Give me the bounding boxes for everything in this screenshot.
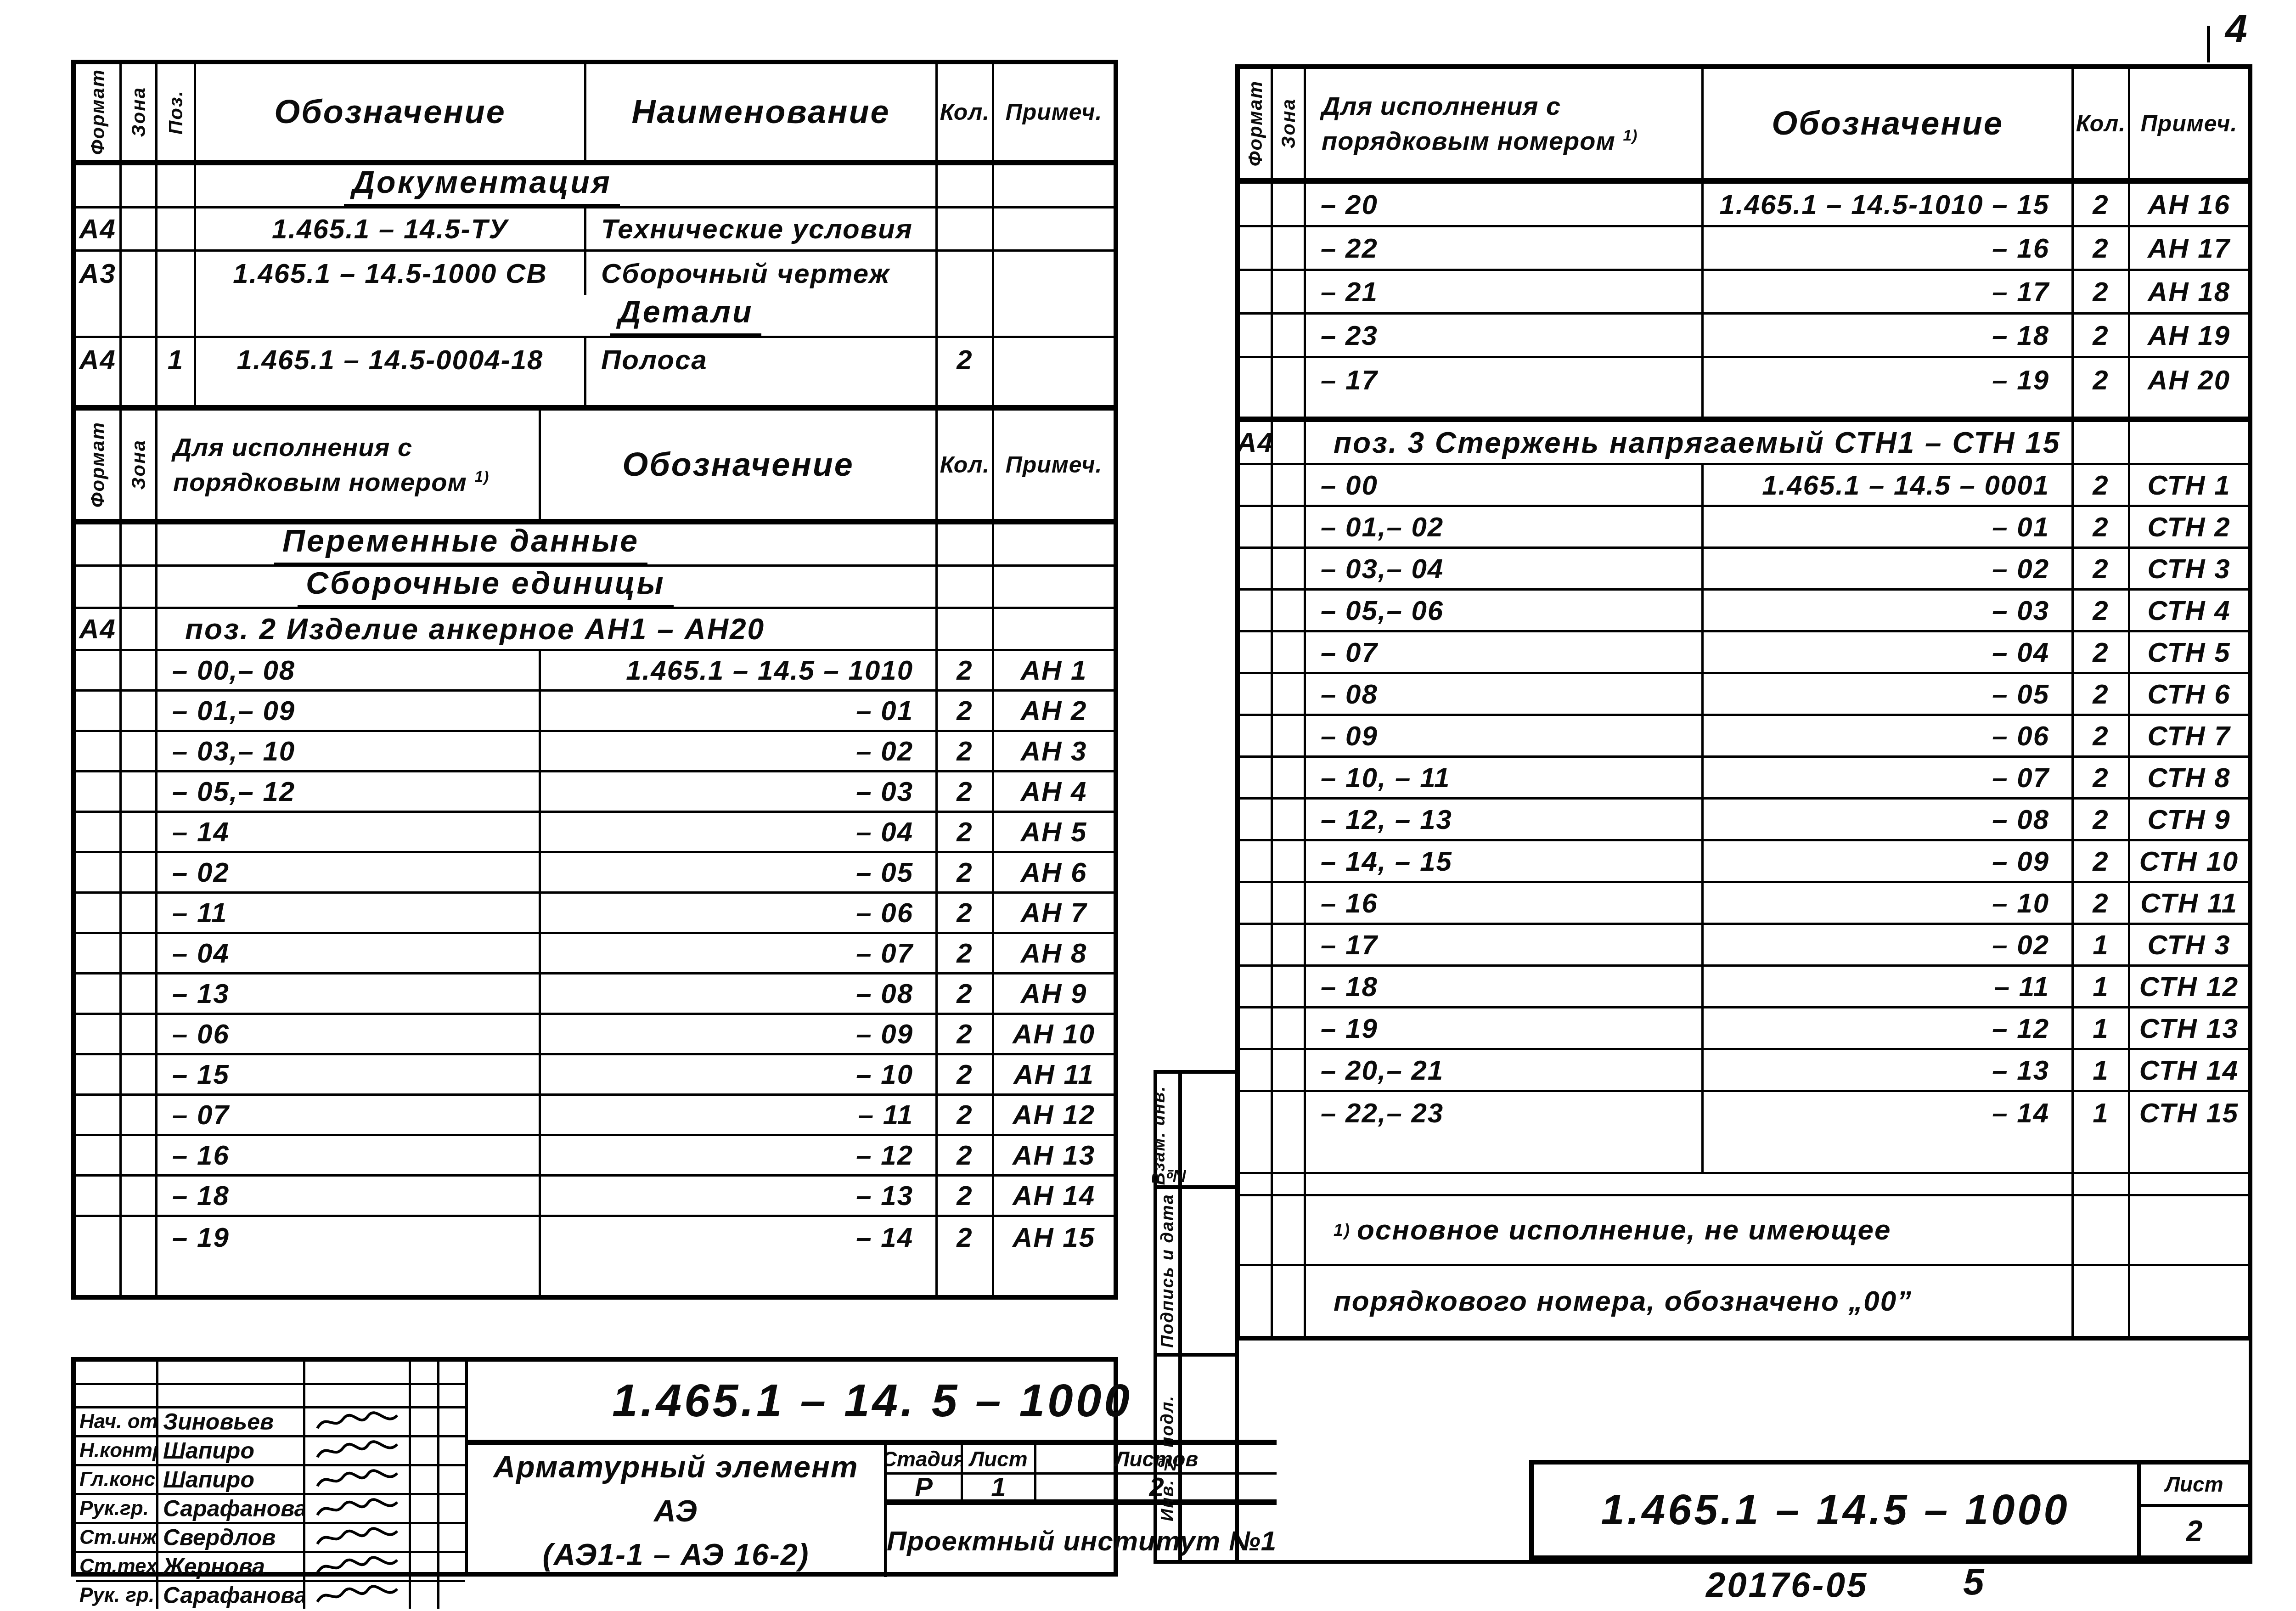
spec-row: – 03,– 04 – 02 2 СТН 3 (1240, 549, 2248, 591)
cell-oboznachenie: – 05 (1704, 674, 2074, 714)
cell-oboznachenie: – 04 (541, 813, 938, 851)
cell-oboznachenie: – 10 (1704, 883, 2074, 923)
spec-row: – 01,– 09 – 01 2 АН 2 (76, 692, 1114, 732)
empty-row (1240, 402, 2248, 422)
cell-variants: – 03,– 10 (158, 732, 541, 770)
cell-oboznachenie: 1.465.1 – 14.5-0004-18 (196, 338, 586, 381)
cell-variants: – 20,– 21 (1306, 1050, 1704, 1090)
cell-note: АН 11 (994, 1055, 1114, 1093)
cell-oboznachenie: 1.465.1 – 14.5-ТУ (196, 208, 586, 249)
cell-oboznachenie: – 12 (1704, 1008, 2074, 1048)
cell-oboznachenie: – 19 (1704, 358, 2074, 402)
cell-note: СТН 7 (2130, 716, 2248, 755)
cell-variants: – 16 (1306, 883, 1704, 923)
cell-note: СТН 3 (2130, 549, 2248, 588)
spec-row: – 06 – 09 2 АН 10 (76, 1015, 1114, 1055)
cell-oboznachenie: – 11 (1704, 967, 2074, 1006)
spec-row: – 22 – 16 2 АН 17 (1240, 227, 2248, 271)
cell-oboznachenie: – 10 (541, 1055, 938, 1093)
spec-row: – 03,– 10 – 02 2 АН 3 (76, 732, 1114, 772)
cell-qty: 2 (2074, 883, 2130, 923)
empty-row (1240, 1174, 2248, 1196)
cell-note: АН 16 (2130, 184, 2248, 225)
sidebar-label-podpis: Подпись и дата (1159, 1194, 1176, 1348)
cell-qty: 2 (2074, 358, 2130, 402)
cell-note: СТН 9 (2130, 800, 2248, 839)
cell-qty: 2 (938, 1136, 994, 1174)
spec-row: – 21 – 17 2 АН 18 (1240, 271, 2248, 315)
cell-note: АН 19 (2130, 315, 2248, 356)
cell-qty: 2 (2074, 716, 2130, 755)
cell-note: СТН 2 (2130, 507, 2248, 546)
sidebar-label-inv: Инв. № подл. (1159, 1395, 1176, 1521)
empty-row (76, 1257, 1114, 1295)
cell-variants: – 14 (158, 813, 541, 851)
cell-variants: – 07 (1306, 632, 1704, 672)
position-label: поз. 3 Стержень напрягаемый СТН1 – СТН 1… (1306, 422, 2074, 463)
cell-qty: 2 (938, 934, 994, 972)
left-table2-header-row: Формат Зона Для исполнения с порядковым … (76, 411, 1114, 524)
role-name: Жернова (158, 1553, 305, 1580)
cell-variants: – 16 (158, 1136, 541, 1174)
cell-oboznachenie: – 13 (1704, 1050, 2074, 1090)
cell-qty: 2 (2074, 758, 2130, 797)
cell-oboznachenie: – 13 (541, 1177, 938, 1215)
right-table-header-row: Формат Зона Для исполнения с порядковым … (1240, 69, 2248, 184)
cell-variants: – 14, – 15 (1306, 841, 1704, 881)
cell-variants: – 05,– 06 (1306, 591, 1704, 630)
cell-oboznachenie: – 11 (541, 1096, 938, 1134)
spec-row: – 05,– 06 – 03 2 СТН 4 (1240, 591, 2248, 632)
title-block-role-row: Рук.гр. Сарафанова (76, 1495, 465, 1524)
footnote-line2: порядкового номера, обозначено „00” (1306, 1266, 2074, 1336)
cell-variants: – 22 (1306, 227, 1704, 269)
role-label: Ст.техник (76, 1553, 158, 1580)
cell-qty: 2 (938, 1055, 994, 1093)
spec-row: – 14, – 15 – 09 2 СТН 10 (1240, 841, 2248, 883)
section-caption-row: Сборочные единицы (76, 567, 1114, 609)
cell-variants: – 18 (158, 1177, 541, 1215)
cell-oboznachenie: – 12 (541, 1136, 938, 1174)
signature-icon (305, 1437, 411, 1464)
title-block-role-row: Гл.констр. Шапиро (76, 1466, 465, 1495)
role-name: Шапиро (158, 1437, 305, 1464)
cell-variants: – 00,– 08 (158, 651, 541, 689)
cell-note: СТН 10 (2130, 841, 2248, 881)
cell-oboznachenie: – 14 (541, 1217, 938, 1257)
role-name: Шапиро (158, 1466, 305, 1493)
naimenovanie-column-header: Наименование (586, 64, 938, 160)
cell-note: СТН 15 (2130, 1092, 2248, 1134)
cell-oboznachenie: – 05 (541, 853, 938, 891)
cell-oboznachenie: – 06 (1704, 716, 2074, 755)
signature-icon (305, 1553, 411, 1580)
stage-label: Стадия (887, 1445, 963, 1472)
cell-variants: – 17 (1306, 358, 1704, 402)
cell-variants: – 19 (1306, 1008, 1704, 1048)
spec-row: – 14 – 04 2 АН 5 (76, 813, 1114, 853)
cell-note: АН 13 (994, 1136, 1114, 1174)
cell-qty: 2 (938, 853, 994, 891)
format-column-header: Формат (1240, 69, 1273, 178)
cell-oboznachenie: 1.465.1 – 14.5-1010 – 15 (1704, 184, 2074, 225)
footnote-row: порядкового номера, обозначено „00” (1240, 1266, 2248, 1336)
oboznachenie-column-header: Обозначение (541, 411, 938, 519)
qty-column-header: Кол. (2074, 69, 2130, 178)
cell-variants: – 21 (1306, 271, 1704, 312)
spec-row: – 16 – 10 2 СТН 11 (1240, 883, 2248, 925)
cell-qty: 2 (938, 692, 994, 730)
sidebar-label-strip: Взам. инв. № Подпись и дата Инв. № подл. (1154, 1070, 1182, 1564)
cell-note: АН 3 (994, 732, 1114, 770)
cell-qty: 2 (2074, 549, 2130, 588)
spec-row: – 12, – 13 – 08 2 СТН 9 (1240, 800, 2248, 841)
document-number: 1.465.1 – 14.5 – 1000 (1534, 1465, 2141, 1555)
title-block-role-row: Рук. гр. Сарафанова (76, 1582, 465, 1609)
role-name: Зиновьев (158, 1408, 305, 1435)
format-column-header: Формат (76, 64, 122, 160)
spec-row: – 01,– 02 – 01 2 СТН 2 (1240, 507, 2248, 549)
cell-variants: – 10, – 11 (1306, 758, 1704, 797)
role-label: Рук.гр. (76, 1495, 158, 1522)
variant-column-header: Для исполнения с порядковым номером 1) (158, 411, 541, 519)
cell-oboznachenie: – 06 (541, 894, 938, 932)
right-spec-table: Формат Зона Для исполнения с порядковым … (1235, 64, 2252, 1341)
cell-variants: – 22,– 23 (1306, 1092, 1704, 1134)
cell-variants: – 08 (1306, 674, 1704, 714)
title-block-role-row: Ст.инж. Свердлов (76, 1524, 465, 1553)
cell-qty: 2 (2074, 227, 2130, 269)
spec-row: – 23 – 18 2 АН 19 (1240, 315, 2248, 358)
spec-row: – 20,– 21 – 13 1 СТН 14 (1240, 1050, 2248, 1092)
cell-qty: 2 (938, 974, 994, 1013)
poz-column-header: Поз. (158, 64, 196, 160)
note-column-header: Примеч. (994, 411, 1114, 519)
signature-icon (305, 1495, 411, 1522)
spec-row: – 09 – 06 2 СТН 7 (1240, 716, 2248, 758)
sidebar-label-vzam: Взам. инв. № (1150, 1074, 1185, 1185)
cell-variants: – 18 (1306, 967, 1704, 1006)
cell-qty: 2 (2074, 800, 2130, 839)
cell-variants: – 13 (158, 974, 541, 1013)
signature-icon (305, 1524, 411, 1551)
sheet-number-box: Лист 2 (2141, 1465, 2248, 1555)
caption-documentation: Документация (344, 165, 620, 206)
cell-poz: 1 (158, 338, 196, 381)
spec-row: – 17 – 02 1 СТН 3 (1240, 925, 2248, 967)
cell-qty: 2 (2074, 271, 2130, 312)
spec-row: – 11 – 06 2 АН 7 (76, 894, 1114, 934)
sidebar-box: Подпись и дата (1154, 1185, 1182, 1353)
cell-note: АН 12 (994, 1096, 1114, 1134)
cell-note: СТН 4 (2130, 591, 2248, 630)
title-block-roles: Нач. отд. Зиновьев Н.контр. Шапиро (76, 1362, 468, 1572)
cell-oboznachenie: – 04 (1704, 632, 2074, 672)
cell-variants: – 17 (1306, 925, 1704, 964)
cell-format: А3 (76, 252, 122, 295)
cell-oboznachenie: – 03 (1704, 591, 2074, 630)
cell-note: АН 2 (994, 692, 1114, 730)
cell-qty: 1 (2074, 1050, 2130, 1090)
cell-note: СТН 5 (2130, 632, 2248, 672)
cell-qty: 2 (938, 1015, 994, 1053)
footer-code: 20176-05 (1706, 1565, 1868, 1605)
cell-oboznachenie: – 09 (1704, 841, 2074, 881)
cell-note: СТН 3 (2130, 925, 2248, 964)
cell-variants: – 04 (158, 934, 541, 972)
caption-variable-data: Переменные данные (274, 524, 647, 564)
qty-column-header: Кол. (938, 64, 994, 160)
format-column-header: Формат (76, 411, 122, 519)
specification-sheet: Формат Зона Поз. Обозначение Наименовани… (0, 0, 2296, 1611)
spec-row: – 18 – 11 1 СТН 12 (1240, 967, 2248, 1008)
cell-variants: – 15 (158, 1055, 541, 1093)
doc-row: А4 1.465.1 – 14.5-ТУ Технические условия (76, 208, 1114, 252)
cell-qty: 2 (938, 651, 994, 689)
spec-row: – 15 – 10 2 АН 11 (76, 1055, 1114, 1096)
spec-row: – 17 – 19 2 АН 20 (1240, 358, 2248, 402)
cell-qty: 2 (2074, 507, 2130, 546)
cell-oboznachenie: – 07 (1704, 758, 2074, 797)
doc-row: А3 1.465.1 – 14.5-1000 СВ Сборочный черт… (76, 252, 1114, 295)
spec-row: – 16 – 12 2 АН 13 (76, 1136, 1114, 1177)
cell-note: АН 15 (994, 1217, 1114, 1257)
cell-variants: – 06 (158, 1015, 541, 1053)
sheet-frame-right (2249, 64, 2252, 1564)
cell-oboznachenie: 1.465.1 – 14.5 – 1010 (541, 651, 938, 689)
cell-oboznachenie: – 03 (541, 772, 938, 811)
cell-naimenovanie: Полоса (586, 338, 938, 381)
spec-row: – 00 1.465.1 – 14.5 – 0001 2 СТН 1 (1240, 465, 2248, 507)
cell-format: А4 (76, 338, 122, 381)
cell-variants: – 23 (1306, 315, 1704, 356)
spec-row: – 07 – 11 2 АН 12 (76, 1096, 1114, 1136)
variant-column-header: Для исполнения с порядковым номером 1) (1306, 69, 1704, 178)
cell-oboznachenie: 1.465.1 – 14.5-1000 СВ (196, 252, 586, 295)
spec-row: – 19 – 14 2 АН 15 (76, 1217, 1114, 1257)
cell-naimenovanie: Технические условия (586, 208, 938, 249)
cell-oboznachenie: 1.465.1 – 14.5 – 0001 (1704, 465, 2074, 505)
note-column-header: Примеч. (994, 64, 1114, 160)
detail-row: А4 1 1.465.1 – 14.5-0004-18 Полоса 2 (76, 338, 1114, 381)
role-label: Нач. отд. (76, 1408, 158, 1435)
cell-note: СТН 8 (2130, 758, 2248, 797)
cell-variants: – 00 (1306, 465, 1704, 505)
oboznachenie-column-header: Обозначение (196, 64, 586, 160)
zona-column-header: Зона (122, 411, 158, 519)
cell-note: СТН 12 (2130, 967, 2248, 1006)
role-label: Ст.инж. (76, 1524, 158, 1551)
cell-note: СТН 11 (2130, 883, 2248, 923)
role-name: Сарафанова (158, 1495, 305, 1522)
cell-qty: 2 (2074, 184, 2130, 225)
cell-qty: 2 (2074, 632, 2130, 672)
cell-oboznachenie: – 08 (541, 974, 938, 1013)
stage-value: Р (887, 1475, 963, 1499)
role-label: Н.контр. (76, 1437, 158, 1464)
cell-qty: 2 (2074, 465, 2130, 505)
cell-qty: 1 (2074, 925, 2130, 964)
cell-oboznachenie: – 01 (1704, 507, 2074, 546)
page-number-tick (2207, 26, 2210, 62)
cell-note: АН 1 (994, 651, 1114, 689)
footnote-row: 1) основное исполнение, не имеющее (1240, 1196, 2248, 1266)
cell-qty: 2 (938, 772, 994, 811)
cell-variants: – 05,– 12 (158, 772, 541, 811)
cell-note: СТН 1 (2130, 465, 2248, 505)
position-caption-row: А4 поз. 3 Стержень напрягаемый СТН1 – СТ… (1240, 422, 2248, 465)
cell-oboznachenie: – 02 (1704, 925, 2074, 964)
cell-note: СТН 6 (2130, 674, 2248, 714)
cell-oboznachenie: – 16 (1704, 227, 2074, 269)
spec-row: – 07 – 04 2 СТН 5 (1240, 632, 2248, 674)
sheet-value: 1 (963, 1475, 1036, 1499)
cell-qty: 2 (2074, 841, 2130, 881)
cell-note: АН 9 (994, 974, 1114, 1013)
role-name: Свердлов (158, 1524, 305, 1551)
oboznachenie-column-header: Обозначение (1704, 69, 2074, 178)
cell-note: АН 6 (994, 853, 1114, 891)
role-label: Рук. гр. (76, 1582, 158, 1609)
cell-qty: 2 (938, 894, 994, 932)
cell-naimenovanie: Сборочный чертеж (586, 252, 938, 295)
cell-format: А4 (1240, 422, 1273, 463)
signature-icon (305, 1582, 411, 1609)
signature-icon (305, 1408, 411, 1435)
cell-note: АН 5 (994, 813, 1114, 851)
cell-qty: 2 (938, 338, 994, 381)
cell-qty: 1 (2074, 967, 2130, 1006)
sheet-label: Лист (2141, 1465, 2248, 1507)
cell-note: АН 14 (994, 1177, 1114, 1215)
qty-column-header: Кол. (938, 411, 994, 519)
sidebar-box: Инв. № подл. (1154, 1353, 1182, 1564)
page-number: 4 (2225, 6, 2247, 52)
left-spec-table: Формат Зона Поз. Обозначение Наименовани… (71, 60, 1118, 1300)
cell-qty: 1 (2074, 1008, 2130, 1048)
cell-variants: – 11 (158, 894, 541, 932)
spec-row: – 19 – 12 1 СТН 13 (1240, 1008, 2248, 1050)
cell-oboznachenie: – 17 (1704, 271, 2074, 312)
title-block-role-row: Н.контр. Шапиро (76, 1437, 465, 1466)
title-block-role-row: Нач. отд. Зиновьев (76, 1408, 465, 1437)
role-name: Сарафанова (158, 1582, 305, 1609)
sheet-label: Лист (963, 1445, 1036, 1472)
cell-qty: 2 (938, 1096, 994, 1134)
position-caption-row: А4 поз. 2 Изделие анкерное АН1 – АН20 (76, 609, 1114, 651)
cell-variants: – 01,– 02 (1306, 507, 1704, 546)
cell-note: АН 20 (2130, 358, 2248, 402)
footnote-line1: 1) основное исполнение, не имеющее (1306, 1196, 2074, 1264)
cell-qty: 1 (2074, 1092, 2130, 1134)
spec-row: – 13 – 08 2 АН 9 (76, 974, 1114, 1015)
cell-oboznachenie: – 02 (541, 732, 938, 770)
cell-format: А4 (76, 208, 122, 249)
spec-row: – 22,– 23 – 14 1 СТН 15 (1240, 1092, 2248, 1134)
cell-note: АН 8 (994, 934, 1114, 972)
sheet-frame-bottom (1154, 1560, 2252, 1564)
cell-qty: 2 (2074, 315, 2130, 356)
spec-row: – 08 – 05 2 СТН 6 (1240, 674, 2248, 716)
cell-oboznachenie: – 07 (541, 934, 938, 972)
cell-variants: – 02 (158, 853, 541, 891)
cell-variants: – 20 (1306, 184, 1704, 225)
cell-oboznachenie: – 08 (1704, 800, 2074, 839)
spec-row: – 04 – 07 2 АН 8 (76, 934, 1114, 974)
cell-note: АН 10 (994, 1015, 1114, 1053)
section-caption-row: Детали (76, 295, 1114, 338)
sidebar-blank-column (1182, 1070, 1239, 1564)
cell-qty: 2 (2074, 674, 2130, 714)
cell-qty: 2 (2074, 591, 2130, 630)
cell-note: АН 7 (994, 894, 1114, 932)
cell-note: АН 18 (2130, 271, 2248, 312)
position-label: поз. 2 Изделие анкерное АН1 – АН20 (158, 609, 938, 649)
cell-variants: – 03,– 04 (1306, 549, 1704, 588)
sidebar-box: Взам. инв. № (1154, 1070, 1182, 1185)
spec-row: – 10, – 11 – 07 2 СТН 8 (1240, 758, 2248, 800)
spec-row: – 05,– 12 – 03 2 АН 4 (76, 772, 1114, 813)
note-column-header: Примеч. (2130, 69, 2248, 178)
cell-variants: – 01,– 09 (158, 692, 541, 730)
caption-details: Детали (610, 295, 762, 336)
section-caption-row: Переменные данные (76, 524, 1114, 567)
cell-note: АН 4 (994, 772, 1114, 811)
spec-row: – 18 – 13 2 АН 14 (76, 1177, 1114, 1217)
caption-assembly-units: Сборочные единицы (298, 567, 674, 607)
cell-note: СТН 14 (2130, 1050, 2248, 1090)
footer-number: 5 (1963, 1560, 1986, 1604)
cell-oboznachenie: – 01 (541, 692, 938, 730)
right-title-block: 1.465.1 – 14.5 – 1000 Лист 2 (1529, 1460, 2252, 1560)
cell-oboznachenie: – 18 (1704, 315, 2074, 356)
spec-row: – 00,– 08 1.465.1 – 14.5 – 1010 2 АН 1 (76, 651, 1114, 692)
zona-column-header: Зона (1273, 69, 1306, 178)
section-caption-row: Документация (76, 165, 1114, 208)
spec-row: – 20 1.465.1 – 14.5-1010 – 15 2 АН 16 (1240, 184, 2248, 227)
cell-variants: – 07 (158, 1096, 541, 1134)
cell-variants: – 09 (1306, 716, 1704, 755)
document-title: Арматурный элемент АЭ (АЭ1-1 – АЭ 16-2) (468, 1445, 887, 1577)
empty-row (1240, 1134, 2248, 1174)
cell-oboznachenie: – 14 (1704, 1092, 2074, 1134)
sheet-value: 2 (2141, 1507, 2248, 1555)
cell-qty: 2 (938, 1177, 994, 1215)
empty-row (76, 381, 1114, 411)
role-label: Гл.констр. (76, 1466, 158, 1493)
cell-note: СТН 13 (2130, 1008, 2248, 1048)
zona-column-header: Зона (122, 64, 158, 160)
cell-qty: 2 (938, 732, 994, 770)
title-block-role-row: Ст.техник Жернова (76, 1553, 465, 1582)
cell-qty: 2 (938, 813, 994, 851)
left-title-block: Нач. отд. Зиновьев Н.контр. Шапиро (71, 1357, 1118, 1577)
cell-qty: 2 (938, 1217, 994, 1257)
spec-row: – 02 – 05 2 АН 6 (76, 853, 1114, 894)
cell-oboznachenie: – 02 (1704, 549, 2074, 588)
cell-oboznachenie: – 09 (541, 1015, 938, 1053)
signature-icon (305, 1466, 411, 1493)
cell-format: А4 (76, 609, 122, 649)
cell-variants: – 12, – 13 (1306, 800, 1704, 839)
cell-variants: – 19 (158, 1217, 541, 1257)
left-table-header-row: Формат Зона Поз. Обозначение Наименовани… (76, 64, 1114, 165)
cell-note: АН 17 (2130, 227, 2248, 269)
